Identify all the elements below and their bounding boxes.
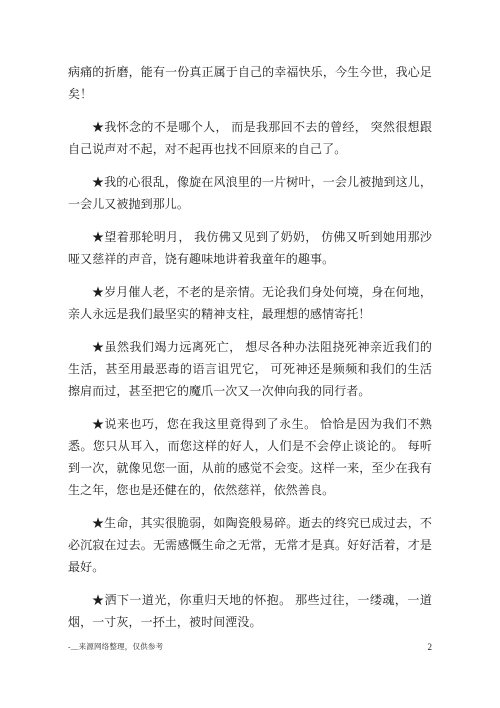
page-footer: -__来源网络整理，仅供参考 2	[68, 641, 432, 653]
paragraph: ★生命，其实很脆弱，如陶瓷般易碎。逝去的终究已成过去，不必沉寂在过去。无需感慨生…	[68, 512, 432, 578]
page-number: 2	[428, 641, 433, 653]
paragraph: ★说来也巧，您在我这里竟得到了永生。 恰恰是因为我们不熟悉。您只从耳入，而您这样…	[68, 413, 432, 501]
paragraph: ★虽然我们竭力远离死亡， 想尽各种办法阻挠死神亲近我们的生活，甚至用最恶毒的语言…	[68, 336, 432, 402]
paragraph: ★望着那轮明月， 我仿佛又见到了奶奶， 仿佛又听到她用那沙哑又慈祥的声音，饶有趣…	[68, 226, 432, 270]
paragraph: ★洒下一道光，你重归天地的怀抱。 那些过往，一缕魂，一道烟，一寸灰，一抔土，被时…	[68, 589, 432, 633]
paragraph: 病痛的折磨，能有一份真正属于自己的幸福快乐，今生今世，我心足矣！	[68, 61, 432, 105]
paragraph: ★岁月催人老，不老的是亲情。无论我们身处何境，身在何地，亲人永远是我们最坚实的精…	[68, 281, 432, 325]
footer-source-note: -__来源网络整理，仅供参考	[68, 641, 163, 653]
page-body-text: 病痛的折磨，能有一份真正属于自己的幸福快乐，今生今世，我心足矣！ ★我怀念的不是…	[68, 61, 432, 644]
document-page: 病痛的折磨，能有一份真正属于自己的幸福快乐，今生今世，我心足矣！ ★我怀念的不是…	[0, 0, 500, 708]
paragraph: ★我怀念的不是哪个人， 而是我那回不去的曾经， 突然很想跟自己说声对不起，对不起…	[68, 116, 432, 160]
paragraph: ★我的心很乱，像旋在风浪里的一片树叶，一会儿被抛到这儿，一会儿又被抛到那儿。	[68, 171, 432, 215]
